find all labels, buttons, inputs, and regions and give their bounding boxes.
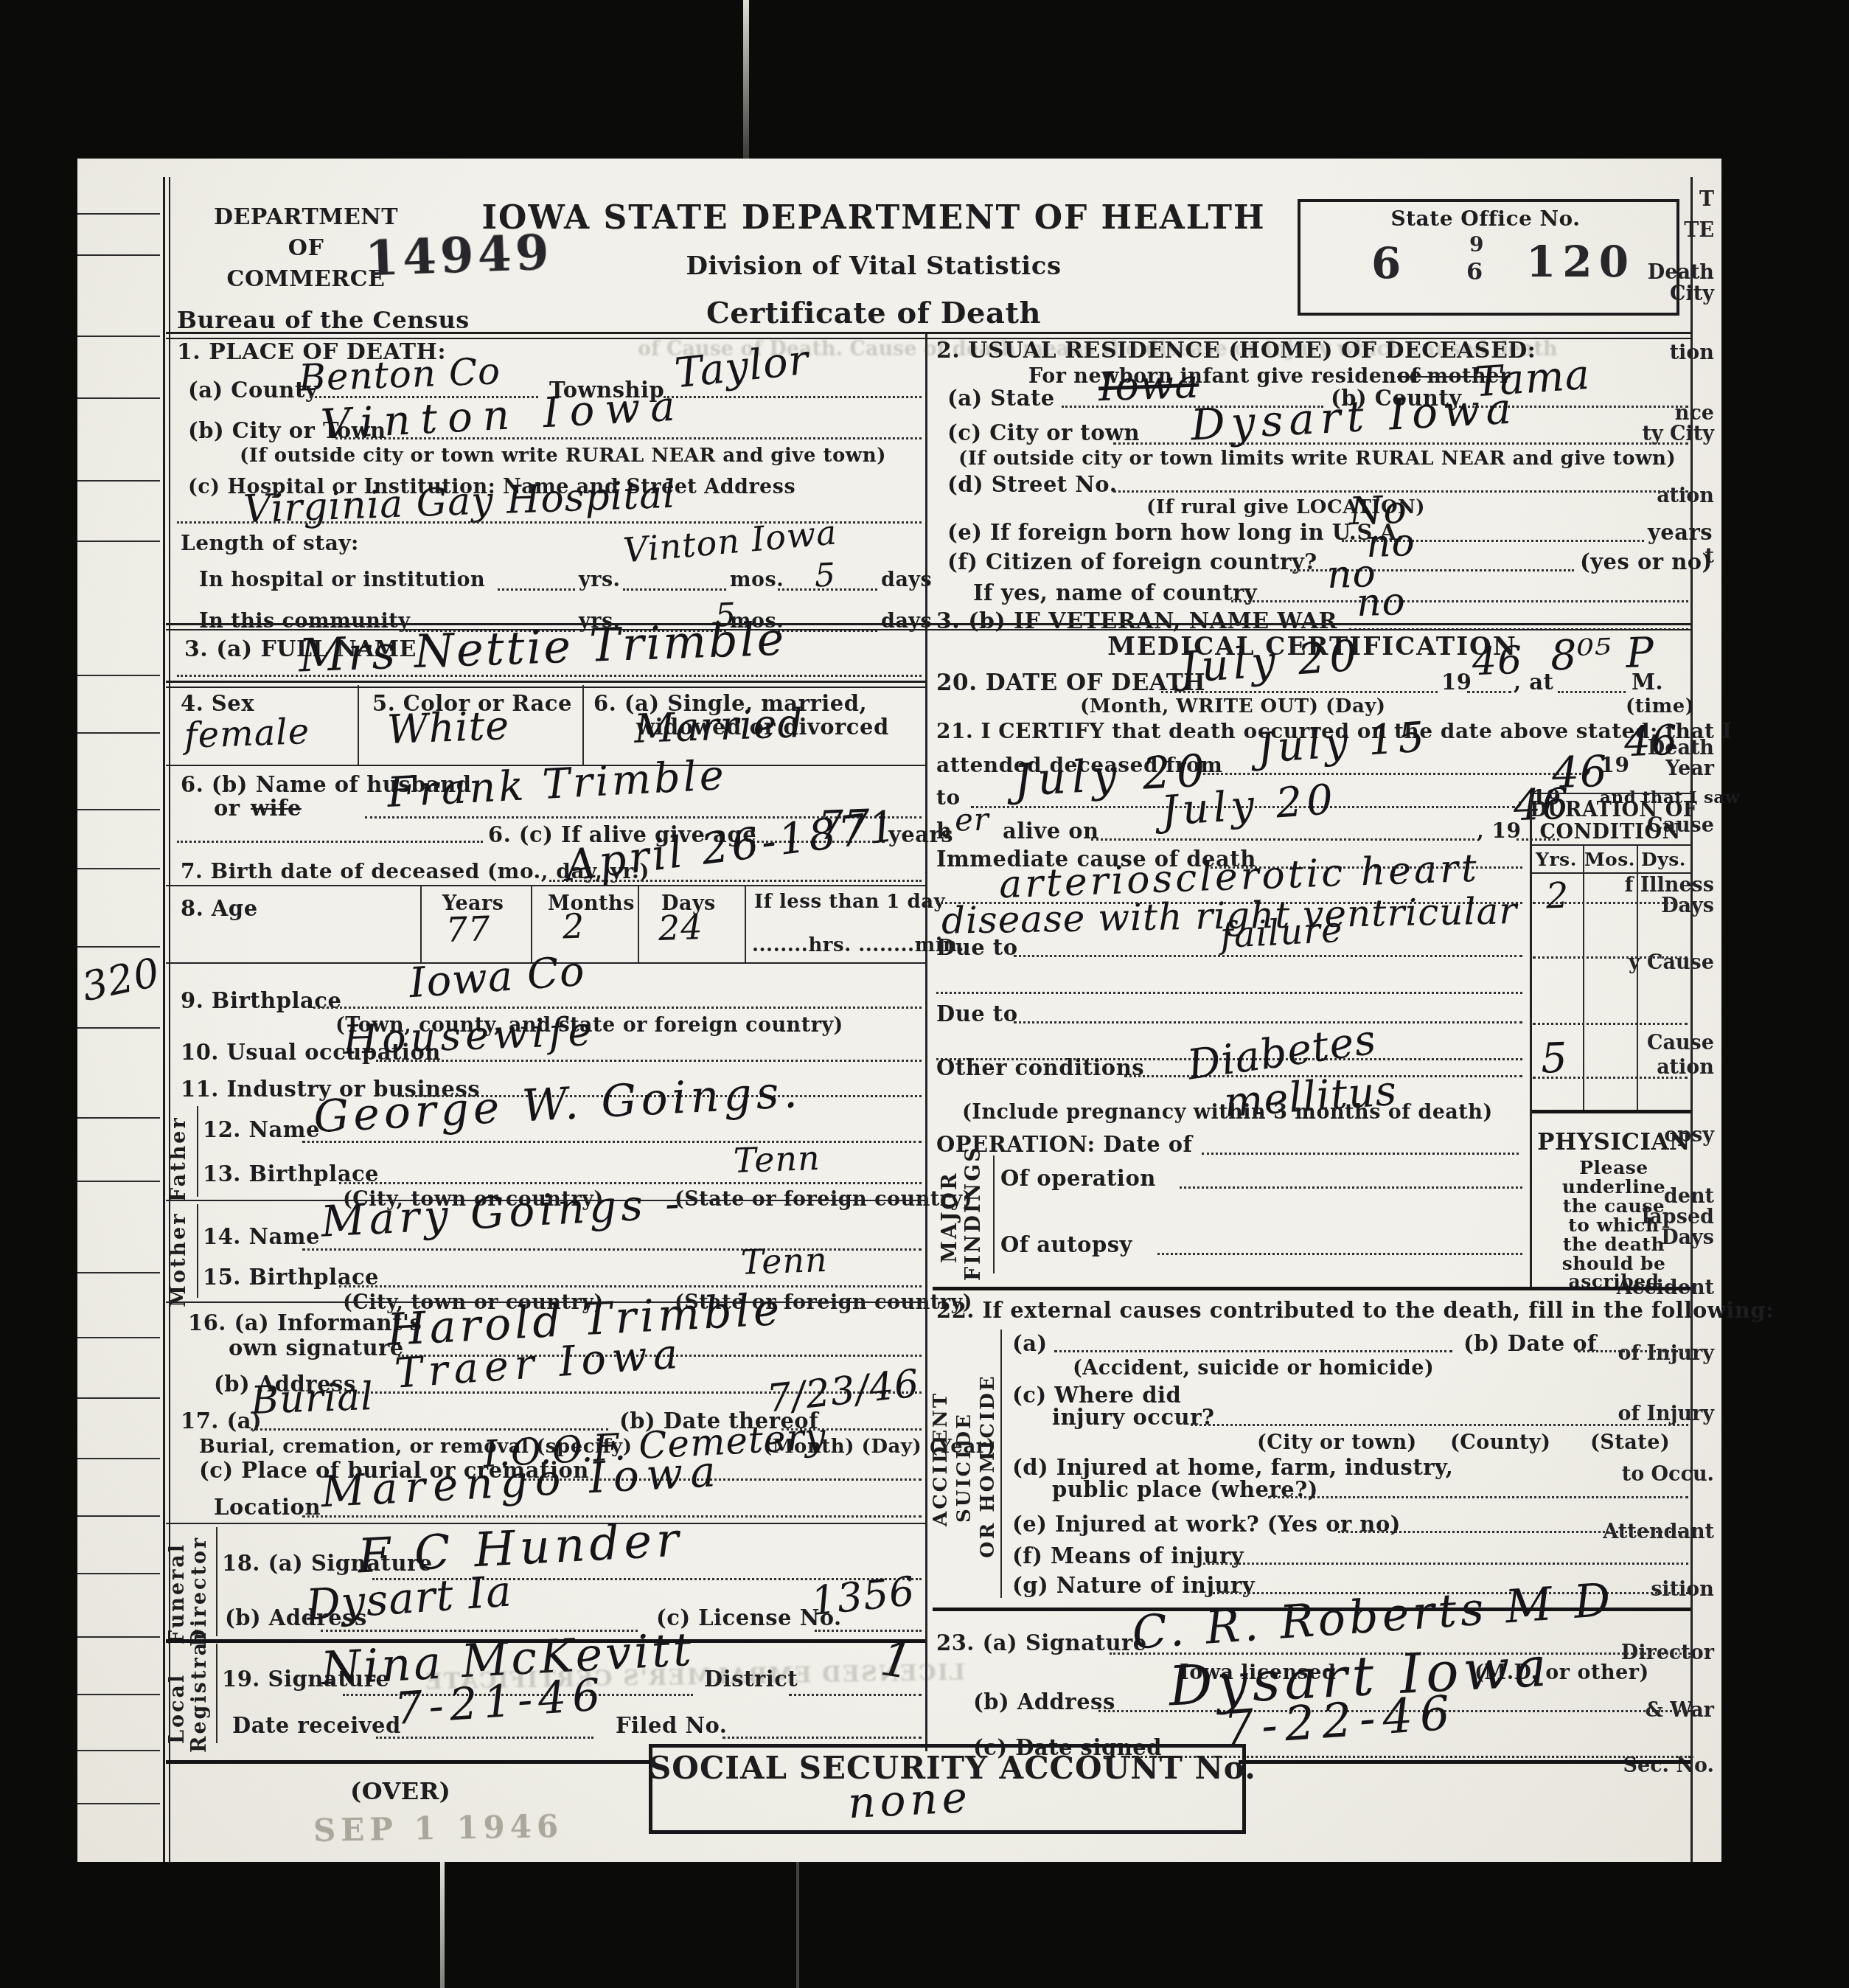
dotted-line: [1157, 1253, 1522, 1255]
father-side-label: Father: [167, 1113, 190, 1202]
rule: [1530, 844, 1690, 846]
margin-fragment: Cause: [1647, 1032, 1714, 1054]
mos-header: Mos.: [1583, 849, 1637, 870]
duration-heading-1: DURATION OF: [1530, 799, 1690, 821]
rule-line: [77, 1573, 160, 1574]
ext-c-caption-state: (State): [1590, 1431, 1670, 1454]
her-completion-value[interactable]: er: [954, 801, 990, 838]
ext-c-caption-city: (City or town): [1257, 1431, 1417, 1454]
fd-license-value[interactable]: 1356: [809, 1568, 917, 1624]
rule-line: [77, 254, 160, 256]
dotted-line: [1558, 691, 1626, 693]
dotted-line: [1091, 838, 1474, 841]
dotted-line: [302, 1141, 922, 1143]
burial-label: 17. (a): [181, 1408, 262, 1433]
dotted-line: [1268, 1496, 1688, 1498]
date-received-label: Date received: [232, 1713, 401, 1738]
margin-fragment: Days: [1661, 894, 1714, 917]
dotted-line: [1533, 956, 1688, 959]
in-hospital-days-value[interactable]: 5: [814, 557, 837, 595]
years-label: years: [1648, 520, 1713, 545]
of-autopsy-label: Of autopsy: [1000, 1232, 1132, 1257]
physician-heading: PHYSICIAN: [1537, 1129, 1690, 1155]
age-less-than-day-header: If less than 1 day: [754, 891, 945, 913]
dotted-line: [1014, 955, 1522, 957]
certificate-title: Certificate of Death: [461, 296, 1286, 330]
sex-value[interactable]: female: [184, 711, 310, 757]
state-office-no-mid-bot: 6: [1466, 257, 1486, 285]
cell-divider: [358, 685, 359, 765]
duration-box-top: [1530, 793, 1690, 794]
side-label-divider: [197, 1106, 198, 1197]
duration-col-divider: [1583, 846, 1584, 1110]
physician-note-5: the death: [1537, 1234, 1690, 1255]
rule-line: [77, 1272, 160, 1273]
side-label-divider: [216, 1644, 217, 1743]
funeral-director-side-label-1: Funeral: [166, 1541, 189, 1644]
veteran-value[interactable]: no: [1356, 580, 1407, 625]
form-subtitle: Division of Vital Statistics: [461, 251, 1286, 281]
state-office-no-mid-top: 9: [1469, 232, 1487, 257]
rule-line: [77, 213, 160, 215]
burial-date-value[interactable]: 7/23/46: [765, 1361, 922, 1421]
ssa-value[interactable]: none: [846, 1772, 972, 1829]
age-days-value[interactable]: 24: [658, 907, 703, 948]
rule-line: [77, 397, 160, 399]
dotted-line: [1191, 1424, 1688, 1426]
margin-fragment: of Injury: [1618, 1342, 1714, 1365]
residence-subheading: For newborn infant give residence: [1028, 365, 1422, 388]
certificate-sheet: T TE Death City tion nce ty City ation t…: [77, 159, 1721, 1862]
age-years-value[interactable]: 77: [445, 908, 491, 950]
dotted-line: [1578, 1350, 1688, 1352]
rule-line: [77, 809, 160, 810]
rule: [933, 1287, 1690, 1290]
name-of-country-label: If yes, name of country: [973, 580, 1257, 605]
age-heading: 8. Age: [181, 896, 258, 921]
rule-line: [77, 336, 160, 337]
dod-caption-month-day: (Month, WRITE OUT) (Day): [1080, 695, 1386, 717]
cell-divider: [638, 885, 639, 962]
margin-fragment: y Cause: [1629, 951, 1714, 974]
filed-no-label: Filed No.: [616, 1713, 727, 1738]
dotted-line: [664, 396, 922, 398]
margin-handwriting: 320: [78, 949, 164, 1011]
mother-birthplace-value[interactable]: Tenn: [740, 1240, 828, 1282]
rule-line: [77, 480, 160, 482]
ext-a-caption: (Accident, suicide or homicide): [1073, 1357, 1434, 1380]
dotted-line: [313, 1007, 922, 1009]
dotted-line: [1338, 1531, 1688, 1533]
birthplace-value[interactable]: Iowa Co: [408, 948, 586, 1007]
rule: [1530, 872, 1690, 874]
dotted-line: [1014, 1021, 1522, 1023]
dod-caption-time: (time): [1626, 695, 1695, 717]
informant-label-2: own signature: [229, 1335, 404, 1360]
residence-heading: 2. USUAL RESIDENCE (HOME) OF DECEASED:: [936, 338, 1536, 364]
side-label-divider: [216, 1527, 217, 1636]
duration-col-divider: [1637, 846, 1638, 1110]
mos-label: mos.: [730, 569, 784, 591]
at-label: , at: [1514, 670, 1553, 695]
dotted-line: [623, 588, 726, 591]
ext-c-caption-county: (County): [1450, 1431, 1550, 1454]
age-months-header: Months: [548, 892, 635, 915]
state-office-no-left: 6: [1371, 238, 1404, 288]
alive-on-label: alive on: [1003, 819, 1099, 844]
scan-streak: [743, 0, 749, 161]
dotted-line: [789, 1694, 922, 1696]
state-value[interactable]: Iowa: [1098, 361, 1199, 411]
husband-label-wife: wife: [251, 796, 302, 821]
state-office-no-right: 120: [1526, 237, 1635, 287]
ext-a-label: (a): [1012, 1331, 1048, 1356]
rule-line: [77, 1803, 160, 1804]
rule-line: [77, 1181, 160, 1182]
margin-fragment: to Occu.: [1622, 1463, 1714, 1486]
margin-fragment: T: [1699, 188, 1714, 211]
days-label: days: [881, 569, 932, 591]
dys-header: Dys.: [1637, 849, 1690, 870]
external-causes-heading: 22. If external causes contributed to th…: [936, 1298, 1774, 1323]
age-months-value[interactable]: 2: [562, 906, 585, 946]
rule-line: [77, 1750, 160, 1751]
mother-name-label: 14. Name: [203, 1224, 320, 1249]
margin-fragment: ation: [1657, 484, 1714, 507]
of-operation-label: Of operation: [1000, 1166, 1156, 1191]
scan-streak: [440, 1860, 445, 1988]
yes-or-no-label: (yes or no): [1580, 549, 1713, 574]
in-hospital-label: In hospital or institution: [199, 569, 485, 591]
res-city-value[interactable]: Dysart Iowa: [1190, 383, 1519, 450]
column-divider: [925, 333, 927, 1751]
dotted-line: [339, 1285, 922, 1287]
accident-side-label-1: ACCIDENT: [930, 1364, 952, 1526]
father-name-label: 12. Name: [203, 1117, 320, 1142]
dotted-line: [498, 588, 575, 591]
margin-fragment: sition: [1651, 1578, 1714, 1601]
duration-box-bottom: [1530, 1110, 1690, 1113]
rule-line: [77, 946, 160, 948]
physician-signature-label: 23. (a) Signature: [936, 1630, 1147, 1655]
rule-line: [77, 1397, 160, 1399]
dotted-line: [815, 1630, 922, 1632]
cell-divider: [745, 885, 746, 962]
other-conditions-label: Other conditions: [936, 1055, 1144, 1080]
dotted-line: [302, 1248, 922, 1251]
length-of-stay-label: Length of stay:: [181, 531, 359, 555]
bottom-rule-right: [1239, 1760, 1690, 1764]
dotted-line: [722, 1737, 922, 1739]
rule-line: [77, 868, 160, 869]
due-to-label-2: Due to: [936, 1001, 1018, 1026]
hrs-min-label: ........hrs. ........min.: [752, 934, 964, 956]
dotted-line: [1533, 1023, 1688, 1025]
marital-value[interactable]: Married: [633, 700, 804, 752]
rule-line: [77, 1117, 160, 1119]
ext-c-label-1: (c) Where did: [1012, 1383, 1181, 1408]
ext-b-label: (b) Date of: [1463, 1331, 1597, 1356]
dept-line1: DEPARTMENT: [188, 204, 424, 230]
margin-fragment: of Injury: [1618, 1403, 1714, 1425]
birthplace-label: 9. Birthplace: [181, 988, 341, 1013]
attended-from-year-value[interactable]: 46: [1623, 717, 1679, 767]
rule-line: [77, 541, 160, 542]
accident-bracket: [1000, 1330, 1002, 1598]
pregnancy-caption: (Include pregnancy within 3 months of de…: [962, 1101, 1493, 1124]
yrs-header: Yrs.: [1530, 849, 1583, 870]
margin-fragment: TE: [1684, 219, 1714, 242]
city-caption: (If outside city or town write RURAL NEA…: [240, 445, 886, 467]
dotted-line: [1198, 1563, 1688, 1565]
rule: [166, 885, 925, 886]
over-label: (OVER): [350, 1777, 450, 1805]
major-findings-side-label-1: MAJOR: [939, 1167, 961, 1263]
registrar-side-label-2: Registrar: [188, 1650, 211, 1753]
physician-note-2: underline: [1537, 1176, 1690, 1198]
citizen-label: (f) Citizen of foreign country?: [947, 549, 1317, 574]
res-city-label: (c) City or town: [947, 420, 1140, 445]
rule-line: [77, 1027, 160, 1029]
dotted-line: [177, 841, 483, 843]
rule-line: [77, 732, 160, 734]
physician-note-3: the cause: [1537, 1195, 1690, 1217]
scan-streak: [796, 1860, 799, 1988]
father-birthplace-value[interactable]: Tenn: [733, 1138, 821, 1181]
dotted-line: [1231, 600, 1688, 602]
ext-d-label-1: (d) Injured at home, farm, industry,: [1012, 1455, 1453, 1480]
sex-label: 4. Sex: [181, 691, 254, 716]
husband-name-value[interactable]: Frank Trimble: [386, 751, 728, 817]
physician-address-label: (b) Address: [973, 1689, 1115, 1714]
bureau-label: Bureau of the Census: [177, 306, 470, 334]
state-office-label: State Office No.: [1298, 206, 1674, 231]
physician-box-left: [1530, 1110, 1532, 1287]
cell-divider: [420, 885, 422, 962]
major-findings-side-label-2: FINDINGS: [962, 1155, 985, 1281]
rule-line: [77, 1694, 160, 1695]
state-label: (a) State: [947, 386, 1055, 411]
res-city-caption: (If outside city or town limits write RU…: [958, 448, 1676, 470]
due-to-label-1: Due to: [936, 935, 1018, 960]
registrar-side-label-1: Local: [166, 1663, 189, 1744]
form-title: IOWA STATE DEPARTMENT OF HEALTH: [461, 199, 1286, 237]
dotted-line: [1054, 1350, 1452, 1352]
street-label: (d) Street No.: [947, 472, 1117, 497]
dotted-line: [1467, 691, 1511, 693]
dotted-line: [1198, 773, 1581, 775]
duration-heart-value[interactable]: 2: [1545, 875, 1570, 917]
race-value[interactable]: White: [386, 702, 510, 753]
dotted-line: [177, 675, 922, 677]
m-label: M.: [1632, 670, 1663, 695]
bottom-rule-left: [166, 1760, 649, 1764]
occupation-value[interactable]: Housewife: [342, 1008, 596, 1063]
accident-side-label-3: OR HOMICIDE: [977, 1344, 999, 1558]
rule: [166, 681, 925, 688]
scanned-death-certificate: T TE Death City tion nce ty City ation t…: [0, 0, 1849, 1988]
foreign-born-label: (e) If foreign born how long in U.S.A.: [947, 520, 1404, 545]
dotted-line: [936, 992, 1522, 994]
cause-line-3[interactable]: failure: [1219, 909, 1344, 957]
physician-note-1: Please: [1537, 1157, 1690, 1178]
side-label-divider: [197, 1204, 198, 1298]
accident-side-label-2: SUICIDE: [953, 1375, 975, 1523]
rule-line: [77, 1458, 160, 1459]
dotted-line: [1180, 1186, 1522, 1189]
duration-diabetes-value[interactable]: 5: [1540, 1034, 1569, 1082]
rule-line: [77, 1636, 160, 1638]
h-prefix-label: h: [936, 819, 953, 844]
rule-line: [77, 1515, 160, 1517]
dotted-line: [376, 1060, 922, 1062]
dotted-line: [376, 1737, 593, 1739]
county-value[interactable]: Benton Co: [298, 350, 501, 400]
duration-heading-2: CONDITION: [1530, 821, 1690, 844]
form-right-border: [1690, 177, 1693, 1862]
dotted-line: [1202, 1153, 1519, 1155]
burial-value[interactable]: Burial: [250, 1374, 375, 1423]
cell-divider: [582, 685, 584, 765]
received-date-stamp: SEP 1 1946: [313, 1808, 564, 1849]
margin-fragment: ation: [1657, 1056, 1714, 1079]
mother-side-label: Mother: [167, 1219, 190, 1307]
husband-label-2: or: [214, 796, 240, 821]
physician-note-4: to which: [1537, 1214, 1690, 1236]
rule-line: [77, 1337, 160, 1338]
yrs-label: yrs.: [579, 569, 621, 591]
rule-line: [77, 675, 160, 676]
birth-date-value[interactable]: April 26-1871: [563, 801, 902, 892]
findings-bracket: [993, 1155, 995, 1273]
